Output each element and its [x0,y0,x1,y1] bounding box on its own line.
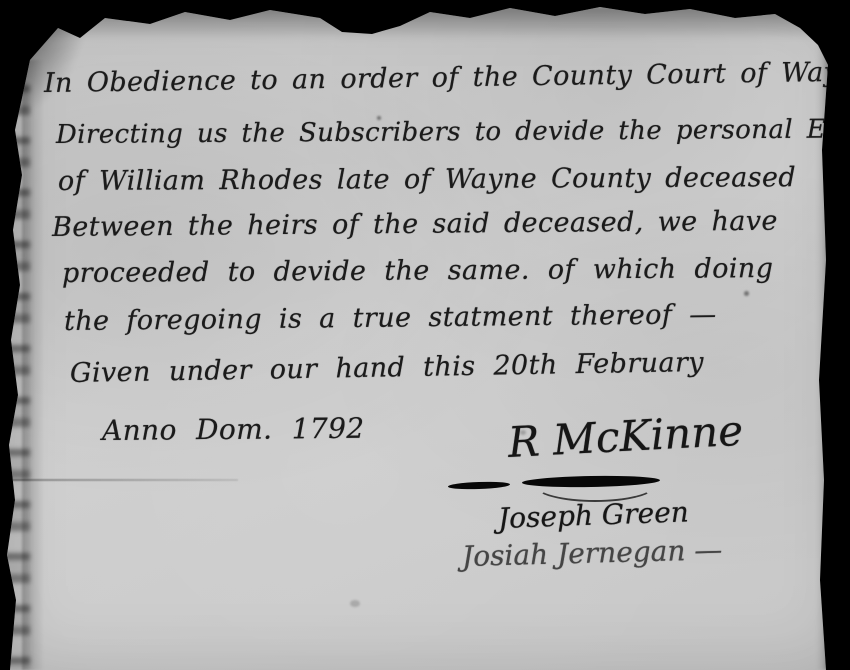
fold-crease [8,479,238,481]
document-page: In Obedience to an order of the County C… [0,0,850,670]
ink-speck [744,291,749,296]
document-line: the foregoing is a true statment thereof… [64,299,717,337]
document-line: proceeded to devide the same. of which d… [62,253,774,289]
document-line: Between the heirs of the said deceased, … [52,206,778,243]
signature: Joseph Green [497,495,689,535]
document-line: Anno Dom. 1792 [102,412,365,447]
ink-speck [350,600,360,607]
scan-backdrop: In Obedience to an order of the County C… [0,0,850,670]
document-line: In Obedience to an order of the County C… [44,56,850,99]
document-line: Directing us the Subscribers to devide t… [56,114,850,150]
ink-stroke [448,481,510,490]
torn-edge-left-shadow [22,60,44,670]
document-line: Given under our hand this 20th February [70,347,704,389]
dark-corner-top-left [0,0,90,120]
signature: R McKinne [507,406,745,467]
signature: Josiah Jernegan — [462,533,723,573]
torn-edge-top [20,6,830,40]
document-line: of William Rhodes late of Wayne County d… [58,162,796,197]
